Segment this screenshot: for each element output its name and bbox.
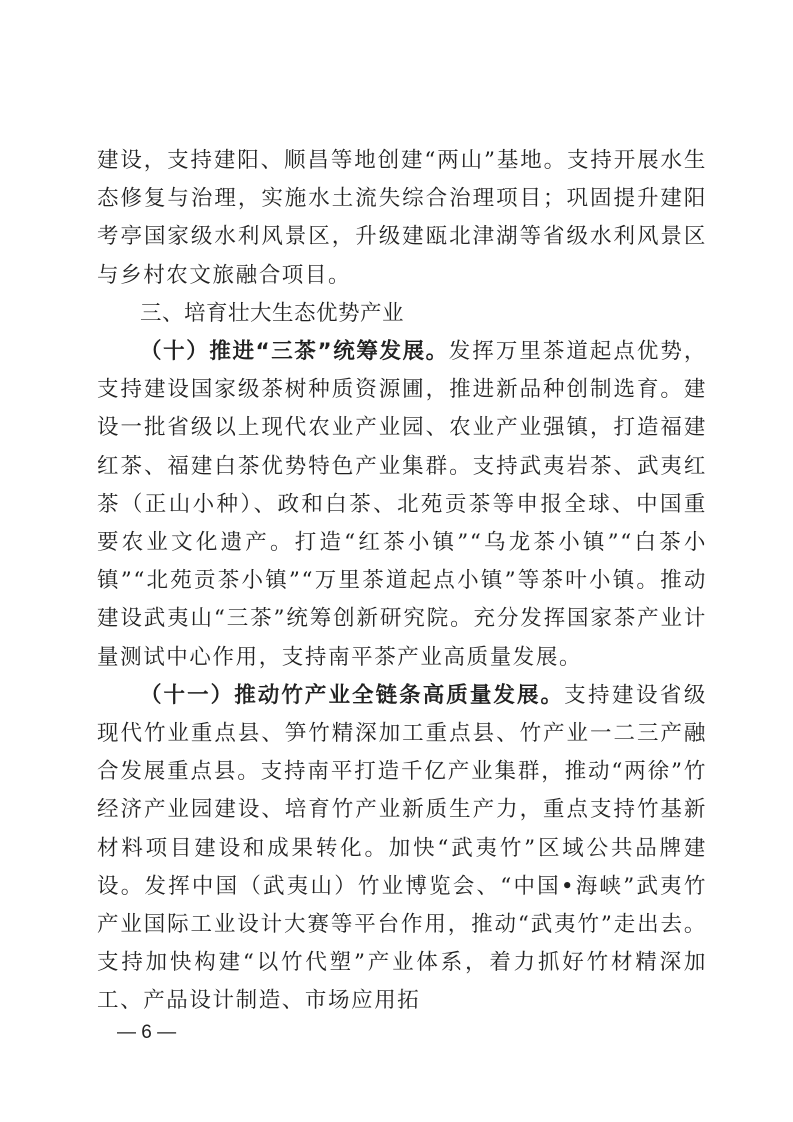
item-lead-10: （十）推进“三茶”统筹发展。 (140, 339, 449, 364)
document-body: 建设，支持建阳、顺昌等地创建“两山”基地。支持开展水生态修复与治理，实施水土流失… (97, 142, 707, 1021)
page-number: — 6 — (117, 1022, 176, 1044)
paragraph-item-11: （十一）推动竹产业全链条高质量发展。支持建设省级现代竹业重点县、笋竹精深加工重点… (97, 677, 707, 1021)
item-body-10: 发挥万里茶道起点优势，支持建设国家级茶树种质资源圃，推进新品种创制选育。建设一批… (97, 339, 707, 670)
item-body-11: 支持建设省级现代竹业重点县、笋竹精深加工重点县、竹产业一二三产融合发展重点县。支… (97, 683, 707, 1014)
paragraph-continuation: 建设，支持建阳、顺昌等地创建“两山”基地。支持开展水生态修复与治理，实施水土流失… (97, 142, 707, 295)
section-heading: 三、培育壮大生态优势产业 (97, 295, 707, 333)
item-lead-11: （十一）推动竹产业全链条高质量发展。 (140, 683, 564, 708)
paragraph-item-10: （十）推进“三茶”统筹发展。发挥万里茶道起点优势，支持建设国家级茶树种质资源圃，… (97, 333, 707, 677)
